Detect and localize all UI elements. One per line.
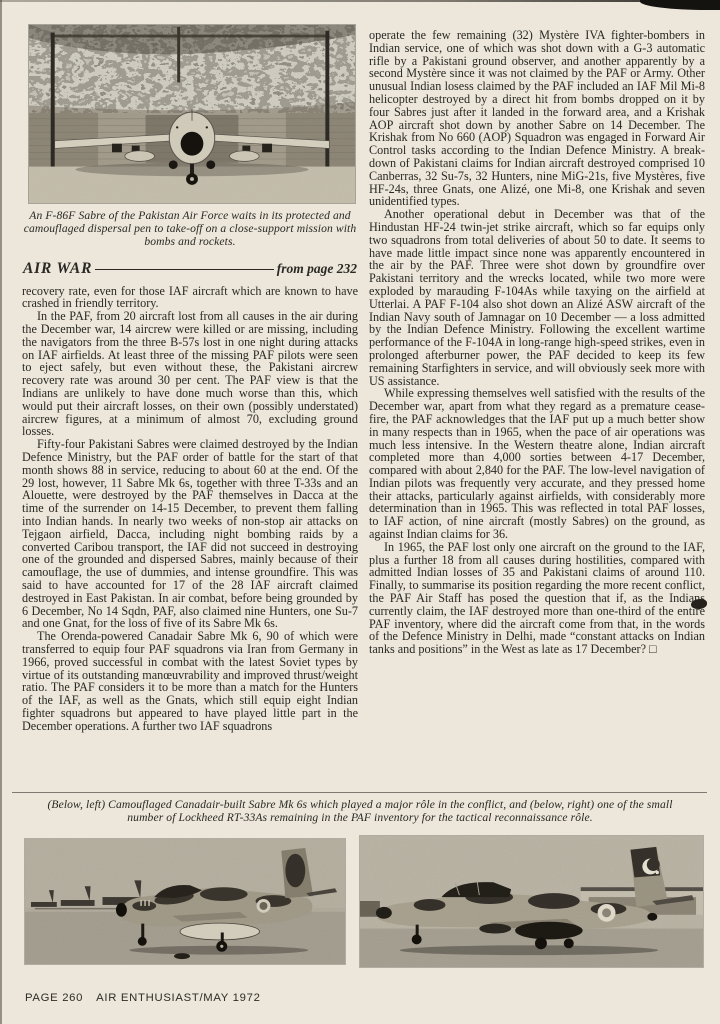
rt33-photo [359,835,704,968]
scan-edge-top [0,0,720,2]
bottom-photo-row [24,838,704,968]
right-column: operate the few remaining (32) Mystère I… [369,8,705,788]
article-paragraph: Fifty-four Pakistani Sabres were claimed… [22,438,358,630]
article-paragraph: While expressing themselves well satisfi… [369,387,705,541]
article-headline: AIR WAR from page 232 [23,258,357,280]
sabre-line-photo [24,838,346,965]
continued-from: from page 232 [277,261,357,277]
left-column: An F-86F Sabre of the Pakistan Air Force… [22,8,358,788]
left-column-text: recovery rate, even for those IAF aircra… [22,285,358,733]
article-columns: An F-86F Sabre of the Pakistan Air Force… [0,0,720,788]
article-paragraph: In the PAF, from 20 aircraft lost from a… [22,310,358,438]
right-column-text: operate the few remaining (32) Mystère I… [369,29,705,656]
page-footer: PAGE 260AIR ENTHUSIAST/MAY 1972 [25,992,720,1004]
article-paragraph: The Orenda-powered Canadair Sabre Mk 6, … [22,630,358,732]
section-divider-rule [12,792,707,793]
sabre-pen-caption: An F-86F Sabre of the Pakistan Air Force… [23,209,357,249]
sabre-pen-photo [28,24,356,204]
headline-rule [95,269,274,270]
article-paragraph: In 1965, the PAF lost only one aircraft … [369,541,705,656]
article-title: AIR WAR [23,260,92,278]
article-paragraph: recovery rate, even for those IAF aircra… [22,285,358,311]
bottom-photos-caption: (Below, left) Camouflaged Canadair-built… [28,798,692,825]
bottom-section: (Below, left) Camouflaged Canadair-built… [0,792,720,1004]
footer-page-number: PAGE 260 [25,992,83,1004]
sabre-line-photo-illustration [25,839,345,964]
article-paragraph: Another operational debut in December wa… [369,208,705,387]
sabre-pen-photo-illustration [29,25,355,203]
footer-magazine-title: AIR ENTHUSIAST/MAY 1972 [96,992,260,1004]
article-paragraph: operate the few remaining (32) Mystère I… [369,29,705,208]
scan-edge-left [0,0,2,1024]
magazine-page: An F-86F Sabre of the Pakistan Air Force… [0,0,720,1024]
rt33-photo-illustration [360,836,703,967]
